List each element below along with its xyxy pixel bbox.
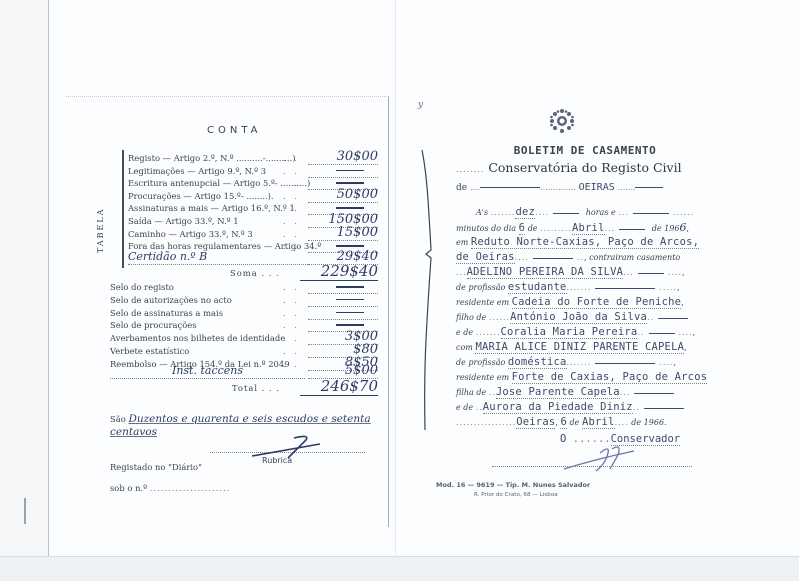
line-noivo-residencia: residente em Cadeia do Forte de Peniche, <box>456 295 726 310</box>
tabela-item-label: Procurações — Artigo 15.º- ........). <box>128 190 274 203</box>
data-mes: Abril <box>582 416 615 429</box>
leader-dots: . . <box>283 281 300 294</box>
margin-mark: y <box>418 100 423 110</box>
selo-item-label: Selo de procurações <box>110 319 197 332</box>
line-local-1: em Reduto Norte-Caxias, Paço de Arcos, <box>456 235 726 250</box>
conta-title: CONTA <box>207 125 262 136</box>
leader-dots: . . <box>283 165 300 178</box>
tabela-bracket <box>122 150 127 268</box>
line-data: minutos do dia 6 de .........Abril... de… <box>456 220 726 235</box>
conservatoria-heading: ........ Conservatória do Registo Civil <box>456 160 726 175</box>
leader-dots: . . <box>283 152 300 165</box>
line-noivo-pai: filho de ......António João da Silva.. <box>456 310 726 325</box>
selo-item-label: Selo do registo <box>110 281 174 294</box>
leader-dots: . . <box>283 190 300 203</box>
noivo-residencia: Cadeia do Forte de Peniche <box>512 296 682 309</box>
conservatoria-local-line: de .................. OEIRAS ....... <box>456 182 726 193</box>
noiva-pai: Jose Parente Capela <box>496 386 620 399</box>
tabela-item-label: Caminho — Artigo 33.º, N.º 3 <box>128 228 253 241</box>
selo-item-label: Verbete estatístico <box>110 345 189 358</box>
noiva-name: MARIA ALICE DINIZ PARENTE CAPELA <box>475 341 684 354</box>
tabela-item-label: Registo — Artigo 2.º, N.º ..........-...… <box>128 152 296 165</box>
noiva-residencia: Forte de Caxias, Paço de Arcos <box>512 371 708 384</box>
fold-line <box>395 0 396 556</box>
noiva-profissao: doméstica <box>508 356 567 369</box>
line-noiva-pai: filha de ..Jose Parente Capela... <box>456 385 726 400</box>
imprint-line-2: R. Prior do Crato, 68 — Lisboa <box>436 491 590 500</box>
ano-digit: 6 <box>679 221 686 234</box>
data-dia: 6 <box>560 416 567 429</box>
amount-in-words: São Duzentos e quarenta e seis escudos e… <box>110 413 385 439</box>
horas-value: dez <box>515 206 535 219</box>
leader-dots: . . <box>283 202 300 215</box>
noivo-mae: Coralia Maria Pereira <box>501 326 638 339</box>
data-ano: de 1966 <box>631 418 664 427</box>
leader-dots: . . <box>283 228 300 241</box>
conservatoria-local: OEIRAS <box>579 182 615 193</box>
noivo-name: ADELINO PEREIRA DA SILVA <box>467 266 624 279</box>
total-label: Total . . . <box>232 383 280 393</box>
line-noiva-profissao: de profissão doméstica..........., <box>456 355 726 370</box>
selo-item-label: Selo de autorizações no acto <box>110 294 232 307</box>
total-value: 246$70 <box>300 377 378 396</box>
noivo-profissao: estudante <box>508 281 567 294</box>
line-horas: A's .......dez.... horas e ......... <box>456 205 726 220</box>
line-noivo: ...ADELINO PEREIRA DA SILVA......., <box>456 265 726 280</box>
line-noivo-profissao: de profissão estudante............, <box>456 280 726 295</box>
coat-of-arms-emblem-icon <box>547 107 577 135</box>
leader-dots: . . <box>283 307 300 320</box>
leader-dots: . . <box>283 177 300 190</box>
soma-label: Soma . . . <box>230 268 280 278</box>
pencil-mark <box>24 498 26 524</box>
noivo-pai: António João da Silva <box>510 311 647 324</box>
dia-value: 6 <box>519 222 526 235</box>
line-noiva-mae: e de ..Aurora da Piedade Diniz.. <box>456 400 726 415</box>
conservador-signature-icon <box>560 443 640 473</box>
selo-item-label: Selo de assinaturas a mais <box>110 307 223 320</box>
line-noiva-residencia: residente em Forte de Caxias, Paço de Ar… <box>456 370 726 385</box>
leader-dots: . . <box>283 294 300 307</box>
line-data-local: .................Oeiras, 6 de Abril.... … <box>456 415 726 430</box>
data-local: Oeiras <box>516 416 555 429</box>
line-noivo-mae: e de .......Coralia Maria Pereira......, <box>456 325 726 340</box>
selo-item-label: Averbamentos nos bilhetes de identidade <box>110 332 285 345</box>
tabela-label: TABELA <box>96 190 110 270</box>
left-brace-icon <box>420 140 432 440</box>
mes-value: Abril <box>572 222 605 235</box>
tabela-item-label: Assinaturas a mais — Artigo 16.º, N.º 1 <box>128 202 295 215</box>
imprint-line-1: Mod. 16 — 9619 — Tip. M. Nunes Salvador <box>436 481 590 489</box>
line-local-2: de Oeiras......, contrairam casamento <box>456 250 726 265</box>
line-noiva: com MARIA ALICE DINIZ PARENTE CAPELA, <box>456 340 726 355</box>
conservador-signature-line <box>492 466 692 467</box>
local-cerimonia-2: de Oeiras <box>456 251 515 264</box>
scan-bottom-edge <box>0 556 799 581</box>
registado-label: Registado no "Diário" <box>110 462 202 472</box>
leader-dots: . . <box>283 319 300 332</box>
leader-dots: . . <box>283 345 300 358</box>
tabela-item-label: Saída — Artigo 33.º, N.º 1 <box>128 215 239 228</box>
rubrica-label: Rubrica <box>262 456 292 465</box>
leader-dots: . . <box>283 332 300 345</box>
local-cerimonia-1: Reduto Norte-Caxias, Paço de Arcos, <box>471 236 699 249</box>
leader-dots: . . <box>283 215 300 228</box>
printer-imprint: Mod. 16 — 9619 — Tip. M. Nunes Salvador … <box>436 481 590 500</box>
amount-words: Duzentos e quarenta e seis escudos e set… <box>110 413 371 438</box>
boletim-title: BOLETIM DE CASAMENTO <box>455 144 715 157</box>
sao-prefix: São <box>110 414 126 424</box>
tabela-item-label: Legitimações — Artigo 9.º, N.º 3 <box>128 165 266 178</box>
noiva-mae: Aurora da Piedade Diniz <box>483 401 633 414</box>
sob-numero-field: sob o n.º ...................... <box>110 483 230 493</box>
